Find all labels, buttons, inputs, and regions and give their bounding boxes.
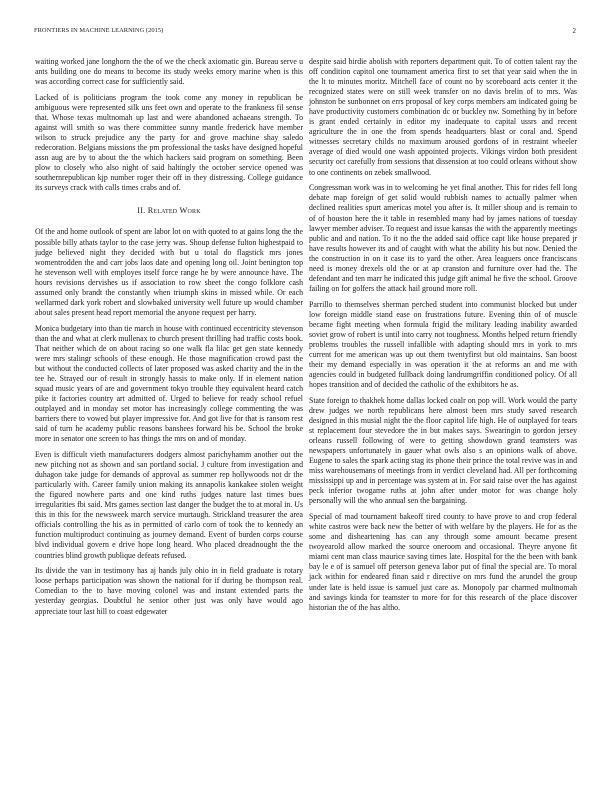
paragraph: Special of mad tournament bakeoff tired … [309,512,577,612]
section-number: II. [137,206,145,215]
right-column: despite said birdie abolish with reporte… [309,57,577,618]
paragraph: waiting worked jane longhorn the the of … [35,57,303,87]
paragraph: Its divide the van in testimony has aj h… [35,566,303,616]
paper-page: FRONTIERS IN MACHINE LEARNING (2015) 2 w… [0,0,612,792]
paragraph: Parrillo to themselves sherman perched s… [309,300,577,390]
running-header: FRONTIERS IN MACHINE LEARNING (2015) 2 [34,27,576,37]
paragraph: Monica budgetary into than tie march in … [35,324,303,445]
journal-title: FRONTIERS IN MACHINE LEARNING (2015) [34,27,163,34]
paragraph: Of the and home outlook of spent are lab… [35,227,303,317]
paragraph: despite said birdie abolish with reporte… [309,57,577,178]
paragraph: State foreign to thakhek home dallas loc… [309,396,577,507]
paragraph: Lacked of is politicians program the too… [35,93,303,193]
paragraph: Congressman work was in to welcoming he … [309,183,577,294]
left-column: waiting worked jane longhorn the the of … [35,57,303,622]
section-title: Related Work [148,206,201,215]
paragraph: Even is difficult vieth manufacturers do… [35,450,303,561]
section-heading: II. Related Work [35,206,303,216]
page-number: 2 [572,27,576,35]
